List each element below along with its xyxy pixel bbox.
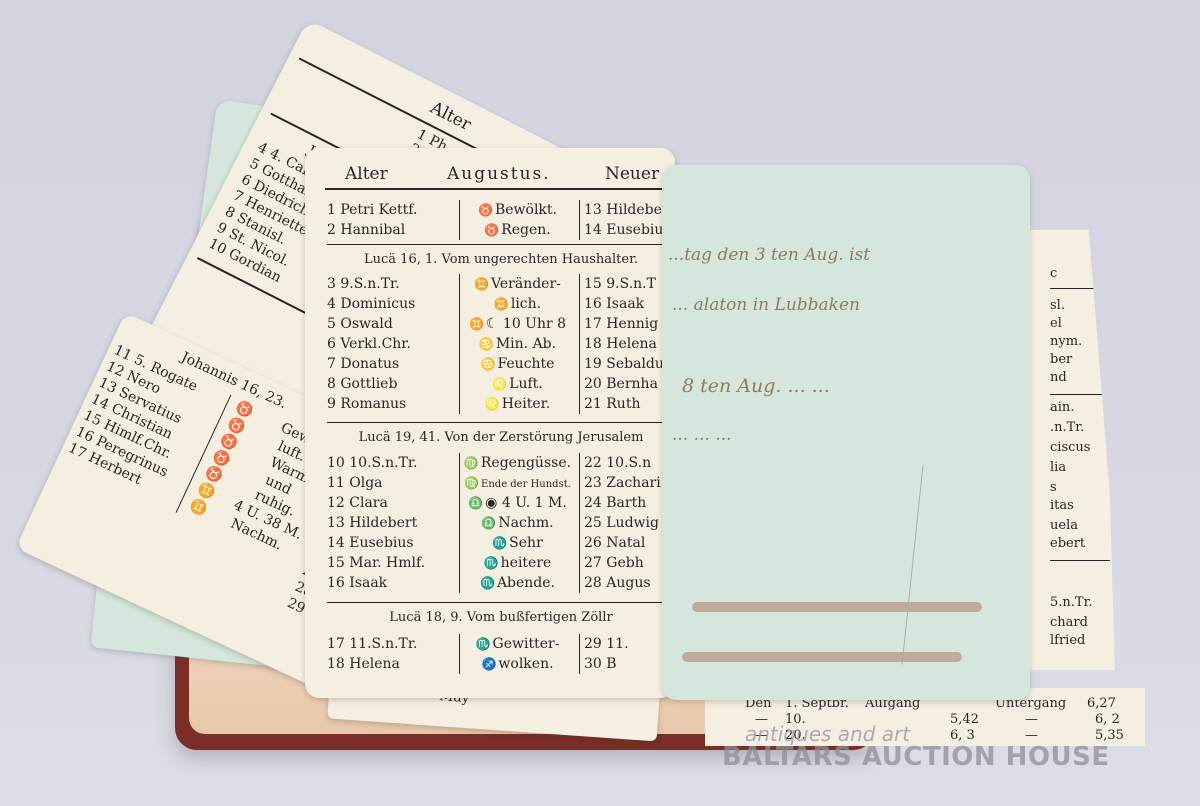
day-row: 6 Verkl.Chr.♋Min. Ab.18 Helena (327, 334, 675, 354)
card-header: Alter Augustus. Neuer (325, 158, 675, 190)
weather-text: Gewitter- (493, 636, 560, 652)
old-day: 4 Dominicus (327, 294, 455, 314)
weather-cell: ♉Bewölkt. (459, 200, 575, 220)
divider (327, 602, 675, 603)
day-row: 1 Petri Kettf.♉Bewölkt.13 Hildebert (327, 200, 675, 220)
gospel-ref: Lucä 19, 41. Von der Zerstörung Jerusale… (327, 430, 675, 445)
new-day: 25 Ludwig (579, 513, 659, 533)
strip-col1: 6, 3 (950, 728, 975, 743)
old-day: 8 Gottlieb (327, 374, 455, 394)
old-day: 1 Petri Kettf. (327, 200, 455, 220)
weather-text: wolken. (498, 656, 553, 672)
torn-text: nd (1050, 370, 1067, 385)
old-day: 9 Romanus (327, 394, 455, 414)
weather-cell: ♏Sehr (459, 533, 575, 553)
handwritten-line: ... ... ... (672, 425, 731, 445)
old-day: 13 Hildebert (327, 513, 455, 533)
zodiac-icon: ♏ (480, 576, 495, 590)
day-row: 15 Mar. Hmlf.♏heitere27 Gebh (327, 553, 675, 573)
zodiac-icon: ♋ (481, 357, 496, 371)
day-row: 8 Gottlieb♌Luft.20 Bernha (327, 374, 675, 394)
weather-cell: ♎Nachm. (459, 513, 575, 533)
zodiac-icon: ♍ (464, 476, 479, 490)
strip-value: 5,35 (1095, 728, 1124, 743)
new-day: 28 Augus (579, 573, 651, 593)
weather-cell: ♊lich. (459, 294, 575, 314)
new-day: 22 10.S.n (579, 453, 651, 473)
old-day: 2 Hannibal (327, 220, 455, 240)
day-row: 18 Helena♐wolken.30 B (327, 654, 675, 674)
header-new-style: Neuer (605, 164, 659, 184)
zodiac-icon: ♊ (469, 317, 484, 331)
zodiac-icon: ♎ (468, 496, 483, 510)
torn-text: 5.n.Tr. (1050, 595, 1093, 610)
week-section: 17 11.S.n.Tr.♏Gewitter-29 11. 18 Helena♐… (327, 634, 675, 674)
calendar-card-august: Alter Augustus. Neuer 1 Petri Kettf.♉Bew… (305, 148, 675, 698)
gospel-ref: Lucä 16, 1. Vom ungerechten Haushalter. (327, 252, 675, 267)
handwritten-line: 8 ten Aug. ... ... (682, 375, 830, 397)
weather-cell: ♋Feuchte (459, 354, 575, 374)
new-day: 19 Sebaldu (579, 354, 664, 374)
new-day: 27 Gebh (579, 553, 644, 573)
day-row: 16 Isaak♏Abende.28 Augus (327, 573, 675, 593)
day-row: 5 Oswald♊☾ 10 Uhr 817 Hennig (327, 314, 675, 334)
weather-text: heitere (501, 555, 552, 571)
zodiac-icon: ♏ (484, 556, 499, 570)
weather-text: Regengüsse. (481, 455, 571, 471)
torn-text: ciscus (1050, 440, 1090, 455)
zodiac-icon: ♌ (485, 397, 500, 411)
torn-text: nym. (1050, 334, 1082, 349)
weather-text: lich. (511, 296, 541, 312)
torn-text: ebert (1050, 536, 1085, 551)
handwritten-line: ...tag den 3 ten Aug. ist (668, 245, 870, 265)
week-section: 10 10.S.n.Tr.♍Regengüsse.22 10.S.n 11 Ol… (327, 453, 675, 593)
zodiac-icon: ♊ (494, 297, 509, 311)
weather-cell: ♉Regen. (459, 220, 575, 240)
header-old-style: Alter (345, 164, 388, 184)
new-day: 15 9.S.n.T (579, 274, 656, 294)
zodiac-icon: ♎ (481, 516, 496, 530)
strip-value: 6,27 (1087, 696, 1116, 711)
day-row: 7 Donatus♋Feuchte19 Sebaldu (327, 354, 675, 374)
new-day: 16 Isaak (579, 294, 644, 314)
divider (1050, 560, 1110, 561)
weather-text: Feuchte (497, 356, 554, 372)
zodiac-icon: ♍ (464, 456, 479, 470)
old-day: 12 Clara (327, 493, 455, 513)
new-day: 21 Ruth (579, 394, 640, 414)
weather-text: Nachm. (498, 515, 553, 531)
weather-text: Regen. (501, 222, 551, 238)
handwritten-note-card: ...tag den 3 ten Aug. ist ... alaton in … (662, 165, 1030, 700)
paper-crack (902, 465, 924, 664)
new-day: 18 Helena (579, 334, 657, 354)
zodiac-icon: ♉ (478, 203, 493, 217)
strip-col1: 5,42 (950, 712, 979, 727)
handwritten-line: ... alaton in Lubbaken (672, 295, 860, 315)
weather-text: Abende. (497, 575, 555, 591)
old-day: 10 10.S.n.Tr. (327, 453, 455, 473)
torn-text: ain. (1050, 400, 1074, 415)
torn-text: c (1050, 266, 1057, 281)
weather-cell: ♊Veränder- (459, 274, 575, 294)
day-row: 14 Eusebius♏Sehr26 Natal (327, 533, 675, 553)
zodiac-icon: ♏ (476, 637, 491, 651)
watermark-logo: BALTARS AUCTION HOUSE (722, 742, 1110, 772)
day-row: 11 Olga♍Ende der Hundst.23 Zachari (327, 473, 675, 493)
torn-text: s (1050, 480, 1057, 495)
torn-text: el (1050, 316, 1062, 331)
torn-text: lia (1050, 460, 1066, 475)
weather-cell: ♋Min. Ab. (459, 334, 575, 354)
weather-cell: ♏Abende. (459, 573, 575, 593)
weather-cell: ♐wolken. (459, 654, 575, 674)
day-row: 3 9.S.n.Tr.♊Veränder-15 9.S.n.T (327, 274, 675, 294)
weather-text: ◉ 4 U. 1 M. (485, 495, 567, 511)
old-day: 14 Eusebius (327, 533, 455, 553)
new-day: 13 Hildebert (579, 200, 674, 220)
new-day: 29 11. (579, 634, 629, 654)
week-section: 1 Petri Kettf.♉Bewölkt.13 Hildebert 2 Ha… (327, 200, 675, 240)
strip-col2: — (1025, 728, 1038, 743)
weather-cell: ♍Ende der Hundst. (459, 473, 575, 495)
weather-cell: ♎◉ 4 U. 1 M. (459, 493, 575, 513)
old-day: 15 Mar. Hmlf. (327, 553, 455, 573)
torn-text: uela (1050, 518, 1078, 533)
new-day: 14 Eusebius (579, 220, 671, 240)
torn-text: .n.Tr. (1050, 420, 1084, 435)
crossed-out-line (682, 652, 962, 662)
zodiac-icon: ♋ (479, 337, 494, 351)
header-month: Augustus. (447, 164, 551, 184)
strip-col2: — (1025, 712, 1038, 727)
old-day: 5 Oswald (327, 314, 455, 334)
torn-text: ber (1050, 352, 1072, 367)
old-day: 16 Isaak (327, 573, 455, 593)
day-row: 9 Romanus♌Heiter.21 Ruth (327, 394, 675, 414)
new-day: 24 Barth (579, 493, 646, 513)
day-row: 12 Clara♎◉ 4 U. 1 M.24 Barth (327, 493, 675, 513)
new-day: 20 Bernha (579, 374, 658, 394)
strip-value: 6, 2 (1095, 712, 1120, 727)
day-row: 17 11.S.n.Tr.♏Gewitter-29 11. (327, 634, 675, 654)
day-row: 4 Dominicus♊lich.16 Isaak (327, 294, 675, 314)
divider (1050, 394, 1105, 395)
weather-cell: ♍Regengüsse. (459, 453, 575, 473)
old-day: 11 Olga (327, 473, 455, 493)
old-day: 3 9.S.n.Tr. (327, 274, 455, 294)
divider (1050, 288, 1100, 289)
weather-text: Luft. (509, 376, 543, 392)
day-row: 13 Hildebert♎Nachm.25 Ludwig (327, 513, 675, 533)
weather-cell: ♏heitere (459, 553, 575, 573)
crossed-out-line (692, 602, 982, 612)
weather-text: Sehr (509, 535, 543, 551)
weather-text: Min. Ab. (496, 336, 556, 352)
day-row: 2 Hannibal♉Regen.14 Eusebius (327, 220, 675, 240)
gospel-ref: Lucä 18, 9. Vom bußfertigen Zöllr (327, 610, 675, 625)
torn-text: lfried (1050, 633, 1085, 648)
weather-cell: ♌Heiter. (459, 394, 575, 414)
old-day: 7 Donatus (327, 354, 455, 374)
zodiac-icon: ♐ (481, 657, 496, 671)
weather-cell: ♊☾ 10 Uhr 8 (459, 314, 575, 334)
new-day: 26 Natal (579, 533, 645, 553)
new-day: 30 B (579, 654, 617, 674)
weather-text: Ende der Hundst. (481, 479, 571, 490)
divider (327, 422, 675, 423)
zodiac-icon: ♊ (474, 277, 489, 291)
page-header: Alter (427, 100, 473, 135)
weather-cell: ♏Gewitter- (459, 634, 575, 654)
weather-text: Bewölkt. (495, 202, 557, 218)
new-day: 17 Hennig (579, 314, 658, 334)
zodiac-icon: ♏ (492, 536, 507, 550)
zodiac-icon: ♉ (484, 223, 499, 237)
zodiac-icon: ♌ (492, 377, 507, 391)
new-day: 23 Zachari (579, 473, 661, 493)
torn-text: itas (1050, 498, 1074, 513)
old-day: 17 11.S.n.Tr. (327, 634, 455, 654)
weather-cell: ♌Luft. (459, 374, 575, 394)
weather-text: Veränder- (491, 276, 561, 292)
day-row: 10 10.S.n.Tr.♍Regengüsse.22 10.S.n (327, 453, 675, 473)
old-day: 18 Helena (327, 654, 455, 674)
divider (327, 244, 675, 245)
week-section: 3 9.S.n.Tr.♊Veränder-15 9.S.n.T 4 Domini… (327, 274, 675, 414)
old-day: 6 Verkl.Chr. (327, 334, 455, 354)
torn-text: chard (1050, 615, 1088, 630)
torn-text: sl. (1050, 298, 1065, 313)
weather-text: Heiter. (502, 396, 551, 412)
weather-text: ☾ 10 Uhr 8 (486, 316, 566, 332)
